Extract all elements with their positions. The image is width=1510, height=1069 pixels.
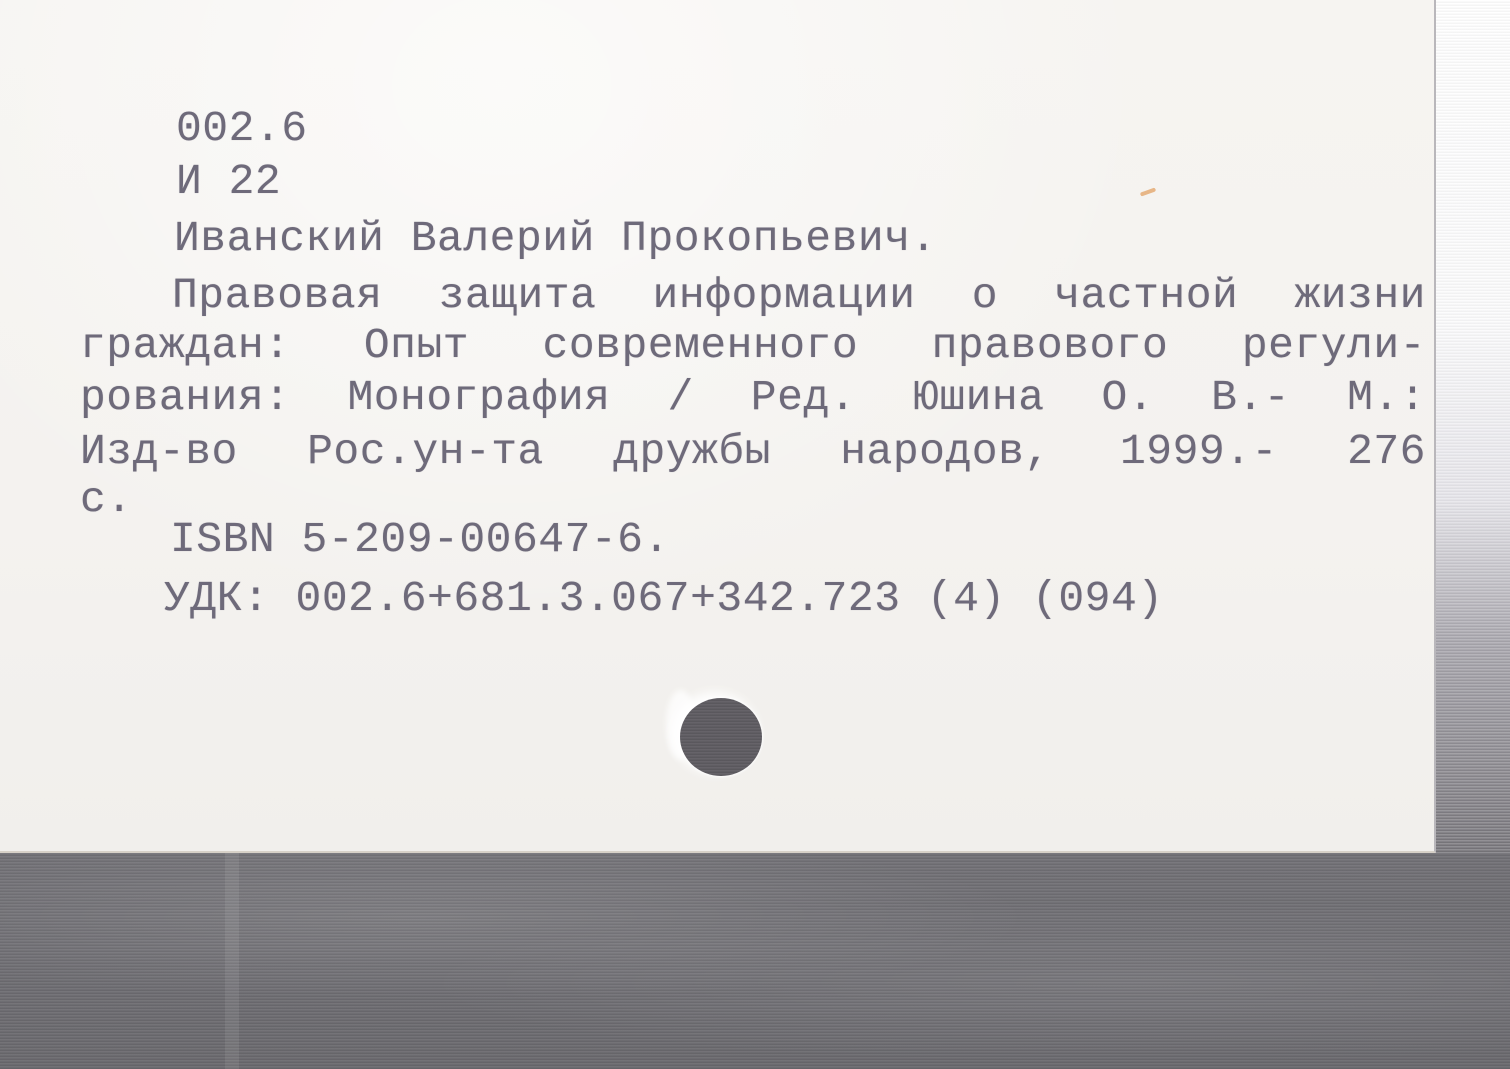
catalog-card: 002.6 И 22 Иванский Валерий Прокопьевич.… (0, 0, 1436, 853)
description-word: Опыт (364, 320, 469, 372)
description-word: народов, (840, 426, 1050, 478)
description-word: В.- (1211, 372, 1290, 424)
description-line: Правоваязащитаинформацииочастнойжизни (172, 270, 1426, 322)
description-word: Ред. (751, 372, 856, 424)
description-word: Рос.ун-та (307, 426, 544, 478)
description-word: с. (80, 474, 133, 526)
smudge-mark-icon (1140, 187, 1156, 196)
punch-hole-icon (680, 698, 762, 776)
description-line: Изд-воРос.ун-тадружбынародов,1999.-276 (80, 426, 1426, 478)
description-word: рования: (80, 372, 290, 424)
description-line: граждан:Опытсовременногоправовогорегули- (80, 320, 1426, 372)
description-word: регули- (1242, 320, 1426, 372)
description-word: Изд-во (80, 426, 238, 478)
description-word: граждан: (80, 320, 290, 372)
description-line: рования:Монография/Ред.ЮшинаО.В.-М.: (80, 372, 1426, 424)
scanner-streak (225, 853, 239, 1069)
description-word: 1999.- (1120, 426, 1278, 478)
description-word: частной (1054, 270, 1238, 322)
author-heading: Иванский Валерий Прокопьевич. (174, 213, 937, 265)
call-number: 002.6 (176, 103, 308, 155)
description-word: о (972, 270, 998, 322)
description-word: Монография (347, 372, 610, 424)
description-word: / (667, 372, 693, 424)
description-word: М.: (1347, 372, 1426, 424)
description-word: Юшина (913, 372, 1045, 424)
description-word: современного (543, 320, 859, 372)
description-word: Правовая (172, 270, 382, 322)
description-word: информации (653, 270, 916, 322)
udk-classification: УДК: 002.6+681.3.067+342.723 (4) (094) (164, 573, 1164, 625)
description-word: дружбы (613, 426, 771, 478)
description-word: О. (1102, 372, 1155, 424)
description-word: защита (439, 270, 597, 322)
description-word: жизни (1294, 270, 1426, 322)
author-mark: И 22 (176, 156, 281, 208)
description-word: правового (932, 320, 1169, 372)
description-word: 276 (1347, 426, 1426, 478)
isbn: ISBN 5-209-00647-6. (170, 514, 670, 566)
